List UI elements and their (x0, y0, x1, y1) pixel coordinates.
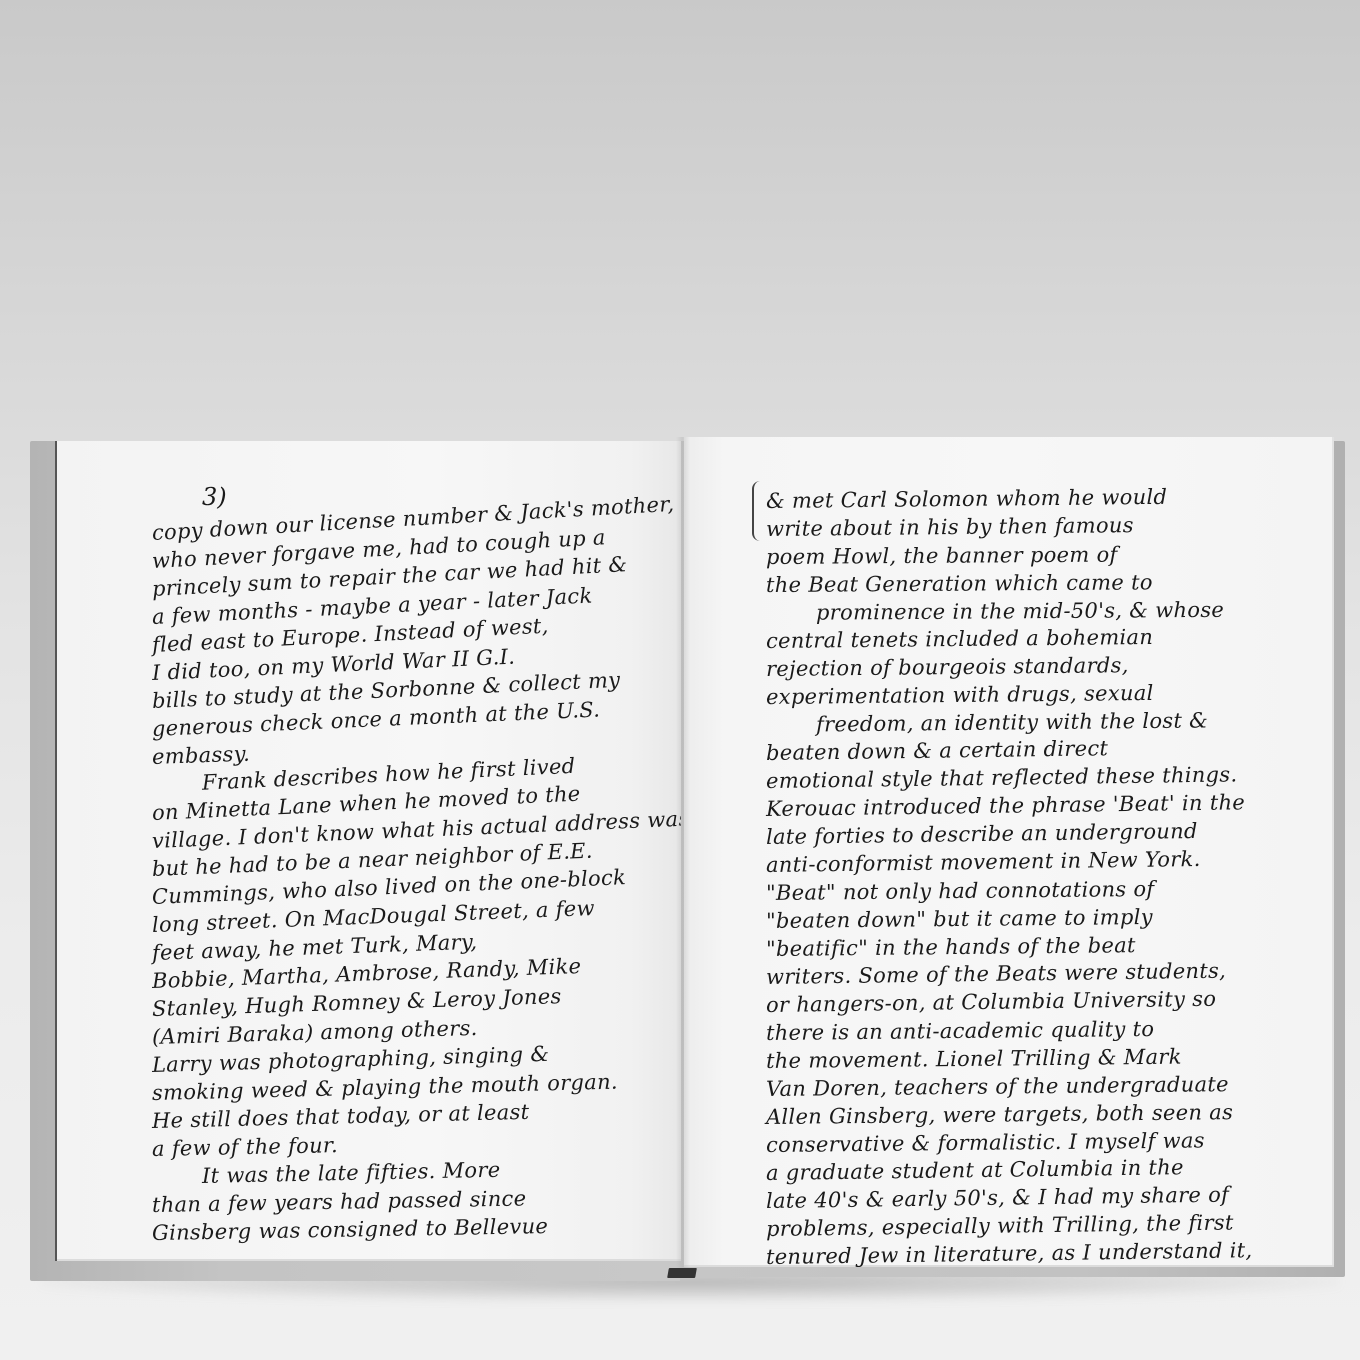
handwritten-line: write about in his by then famous (766, 510, 1253, 543)
left-page: 3) copy down our license number & Jack's… (55, 441, 681, 1261)
book-gutter (676, 437, 690, 1271)
photo-scene: 3) copy down our license number & Jack's… (0, 0, 1360, 1360)
right-page-handwriting: & met Carl Solomon whom he would write a… (766, 487, 1252, 1267)
left-page-handwriting: copy down our license number & Jack's mo… (152, 519, 681, 1247)
spine-bottom-edge (667, 1268, 697, 1278)
right-page: & met Carl Solomon whom he would write a… (684, 437, 1334, 1267)
handwritten-line: the Beat Generation which came to (766, 568, 1253, 599)
page-number: 3) (202, 483, 227, 511)
handwritten-line: poem Howl, the banner poem of (766, 540, 1253, 571)
margin-bracket-mark (752, 481, 764, 541)
